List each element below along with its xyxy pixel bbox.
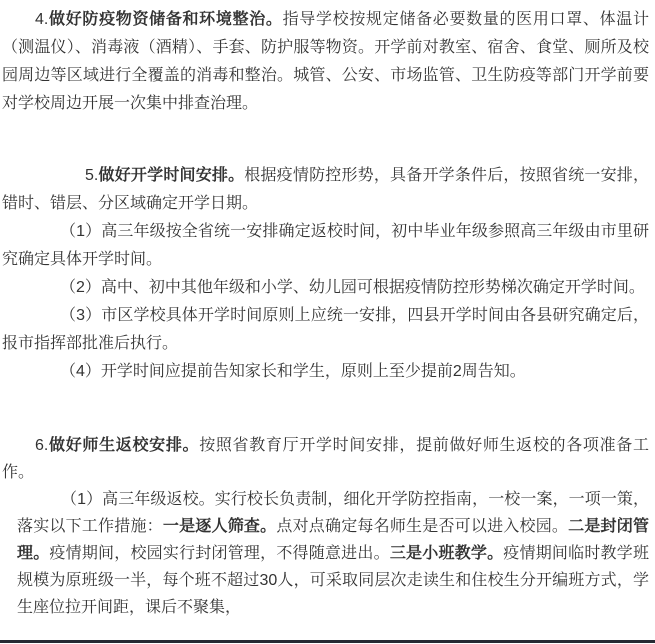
item-text: （1）高三年级按全省统一安排确定返校时间，初中毕业年级参照高三年级由市里研究确定… — [2, 223, 649, 268]
paragraph-section-6-item-1: （1）高三年级返校。实行校长负责制，细化开学防控指南，一校一案，一项一策，落实以… — [2, 486, 649, 621]
bottom-divider — [0, 640, 655, 643]
item-text: （3）市区学校具体开学时间原则上应统一安排，四县开学时间由各县研究确定后，报市指… — [2, 307, 649, 352]
item-text: （4）开学时间应提前告知家长和学生，原则上至少提前2周告知。 — [60, 363, 526, 380]
measure-1-heading: 一是逐人筛查。 — [163, 518, 276, 535]
paragraph-section-5-item-2: （2）高中、初中其他年级和小学、幼儿园可根据疫情防控形势梯次确定开学时间。 — [2, 274, 649, 302]
document-page: 4.做好防疫物资储备和环境整治。指导学校按规定储备必要数量的医用口罩、体温计（测… — [0, 0, 655, 644]
paragraph-section-6: 6.做好师生返校安排。按照省教育厅开学时间安排，提前做好师生返校的各项准备工作。 — [2, 432, 649, 486]
measure-3-heading: 三是小班教学。 — [390, 545, 503, 562]
section-4-heading: 做好防疫物资储备和环境整治。 — [48, 11, 282, 28]
paragraph-section-5: 5.做好开学时间安排。根据疫情防控形势，具备开学条件后，按照省统一安排，错时、错… — [2, 162, 649, 218]
paragraph-section-4: 4.做好防疫物资储备和环境整治。指导学校按规定储备必要数量的医用口罩、体温计（测… — [2, 6, 649, 118]
section-6-number: 6. — [35, 437, 48, 454]
item-text: （2）高中、初中其他年级和小学、幼儿园可根据疫情防控形势梯次确定开学时间。 — [60, 279, 645, 296]
section-4-number: 4. — [35, 11, 48, 28]
paragraph-section-5-item-4: （4）开学时间应提前告知家长和学生，原则上至少提前2周告知。 — [2, 358, 649, 386]
section-6-heading: 做好师生返校安排。 — [48, 437, 199, 454]
section-5-heading: 做好开学时间安排。 — [98, 167, 244, 184]
section-5-number: 5. — [85, 167, 98, 184]
measure-2-body: 疫情期间，校园实行封闭管理，不得随意进出。 — [49, 545, 389, 562]
paragraph-section-5-item-1: （1）高三年级按全省统一安排确定返校时间，初中毕业年级参照高三年级由市里研究确定… — [2, 218, 649, 274]
paragraph-section-5-item-3: （3）市区学校具体开学时间原则上应统一安排，四县开学时间由各县研究确定后，报市指… — [2, 302, 649, 358]
measure-1-body: 点对点确定每名师生是否可以进入校园。 — [276, 518, 568, 535]
